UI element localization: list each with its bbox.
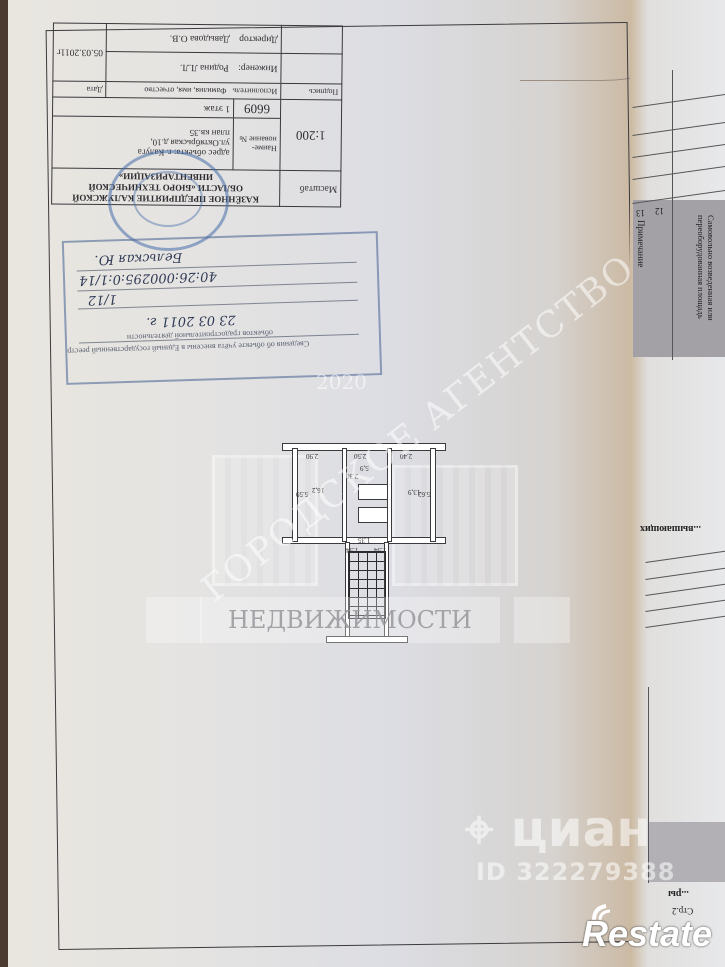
- wc-block: [358, 507, 388, 523]
- stair-dim-right: 1.54: [374, 546, 386, 554]
- scale-label: Масштаб: [280, 170, 341, 207]
- director: Директор Давыдова О.В.: [106, 24, 281, 54]
- handwritten-fraction: 1/12: [87, 291, 117, 307]
- col-12-number: 12: [655, 206, 664, 216]
- name-label: Исполнитель Фамилия, имя, отчество: [106, 82, 281, 100]
- watermark-restate: Restate: [582, 913, 712, 955]
- section-caption: ...вышающих: [640, 523, 701, 534]
- watermark-banner-tail-left: [146, 597, 202, 643]
- floor: 1 этаж: [53, 97, 234, 118]
- corridor-dim: 1.35: [358, 536, 370, 544]
- stair-dim-left: 1.54: [346, 546, 358, 554]
- watermark-banner-tail-right: [514, 597, 570, 643]
- watermark-banner: НЕДВИЖИМОСТИ: [200, 597, 500, 643]
- watermark-year: 2020: [316, 370, 367, 394]
- watermark-agency: ГОРОДСКОЕ АГЕНТСТВО: [150, 290, 610, 490]
- date-value: 05.03.2011г: [53, 23, 107, 82]
- inventory-number: 6609: [233, 99, 280, 118]
- cian-pin-icon: ⌖: [465, 800, 493, 858]
- engineer: Инженер: Родина Л.Л.: [106, 52, 281, 84]
- handwritten-cadastral: 40:26:000295:0:1/14: [79, 268, 217, 287]
- room2-height: 5.62: [418, 490, 430, 498]
- col-heading-note: Примечание: [636, 220, 646, 267]
- col-13-number: 13: [636, 208, 645, 218]
- watermark-cian-id: ID 322279388: [476, 858, 676, 886]
- object-name-label: Наиме- нование №: [233, 118, 281, 170]
- signature-cell: [281, 53, 342, 84]
- footer-caption: ...ры: [668, 888, 689, 899]
- plan-label: план кв.35: [56, 127, 230, 139]
- date-label: Дата: [53, 81, 106, 98]
- handwritten-name: Бельская Ю.: [94, 249, 182, 267]
- signature-cell-2: [281, 25, 342, 54]
- scale-value: 1:200: [280, 99, 342, 171]
- signature-label: Подпись: [281, 83, 342, 100]
- document-photo: Масштаб КАЗЁННОЕ ПРЕДПРИЯТИЕ КАЛУЖСКОЙ О…: [0, 0, 725, 967]
- col-heading-unauthorized: Самовольно возведенная или переоборудова…: [696, 215, 716, 345]
- right-table-2: [648, 687, 725, 883]
- watermark-cian: ⌖ циан: [465, 800, 651, 859]
